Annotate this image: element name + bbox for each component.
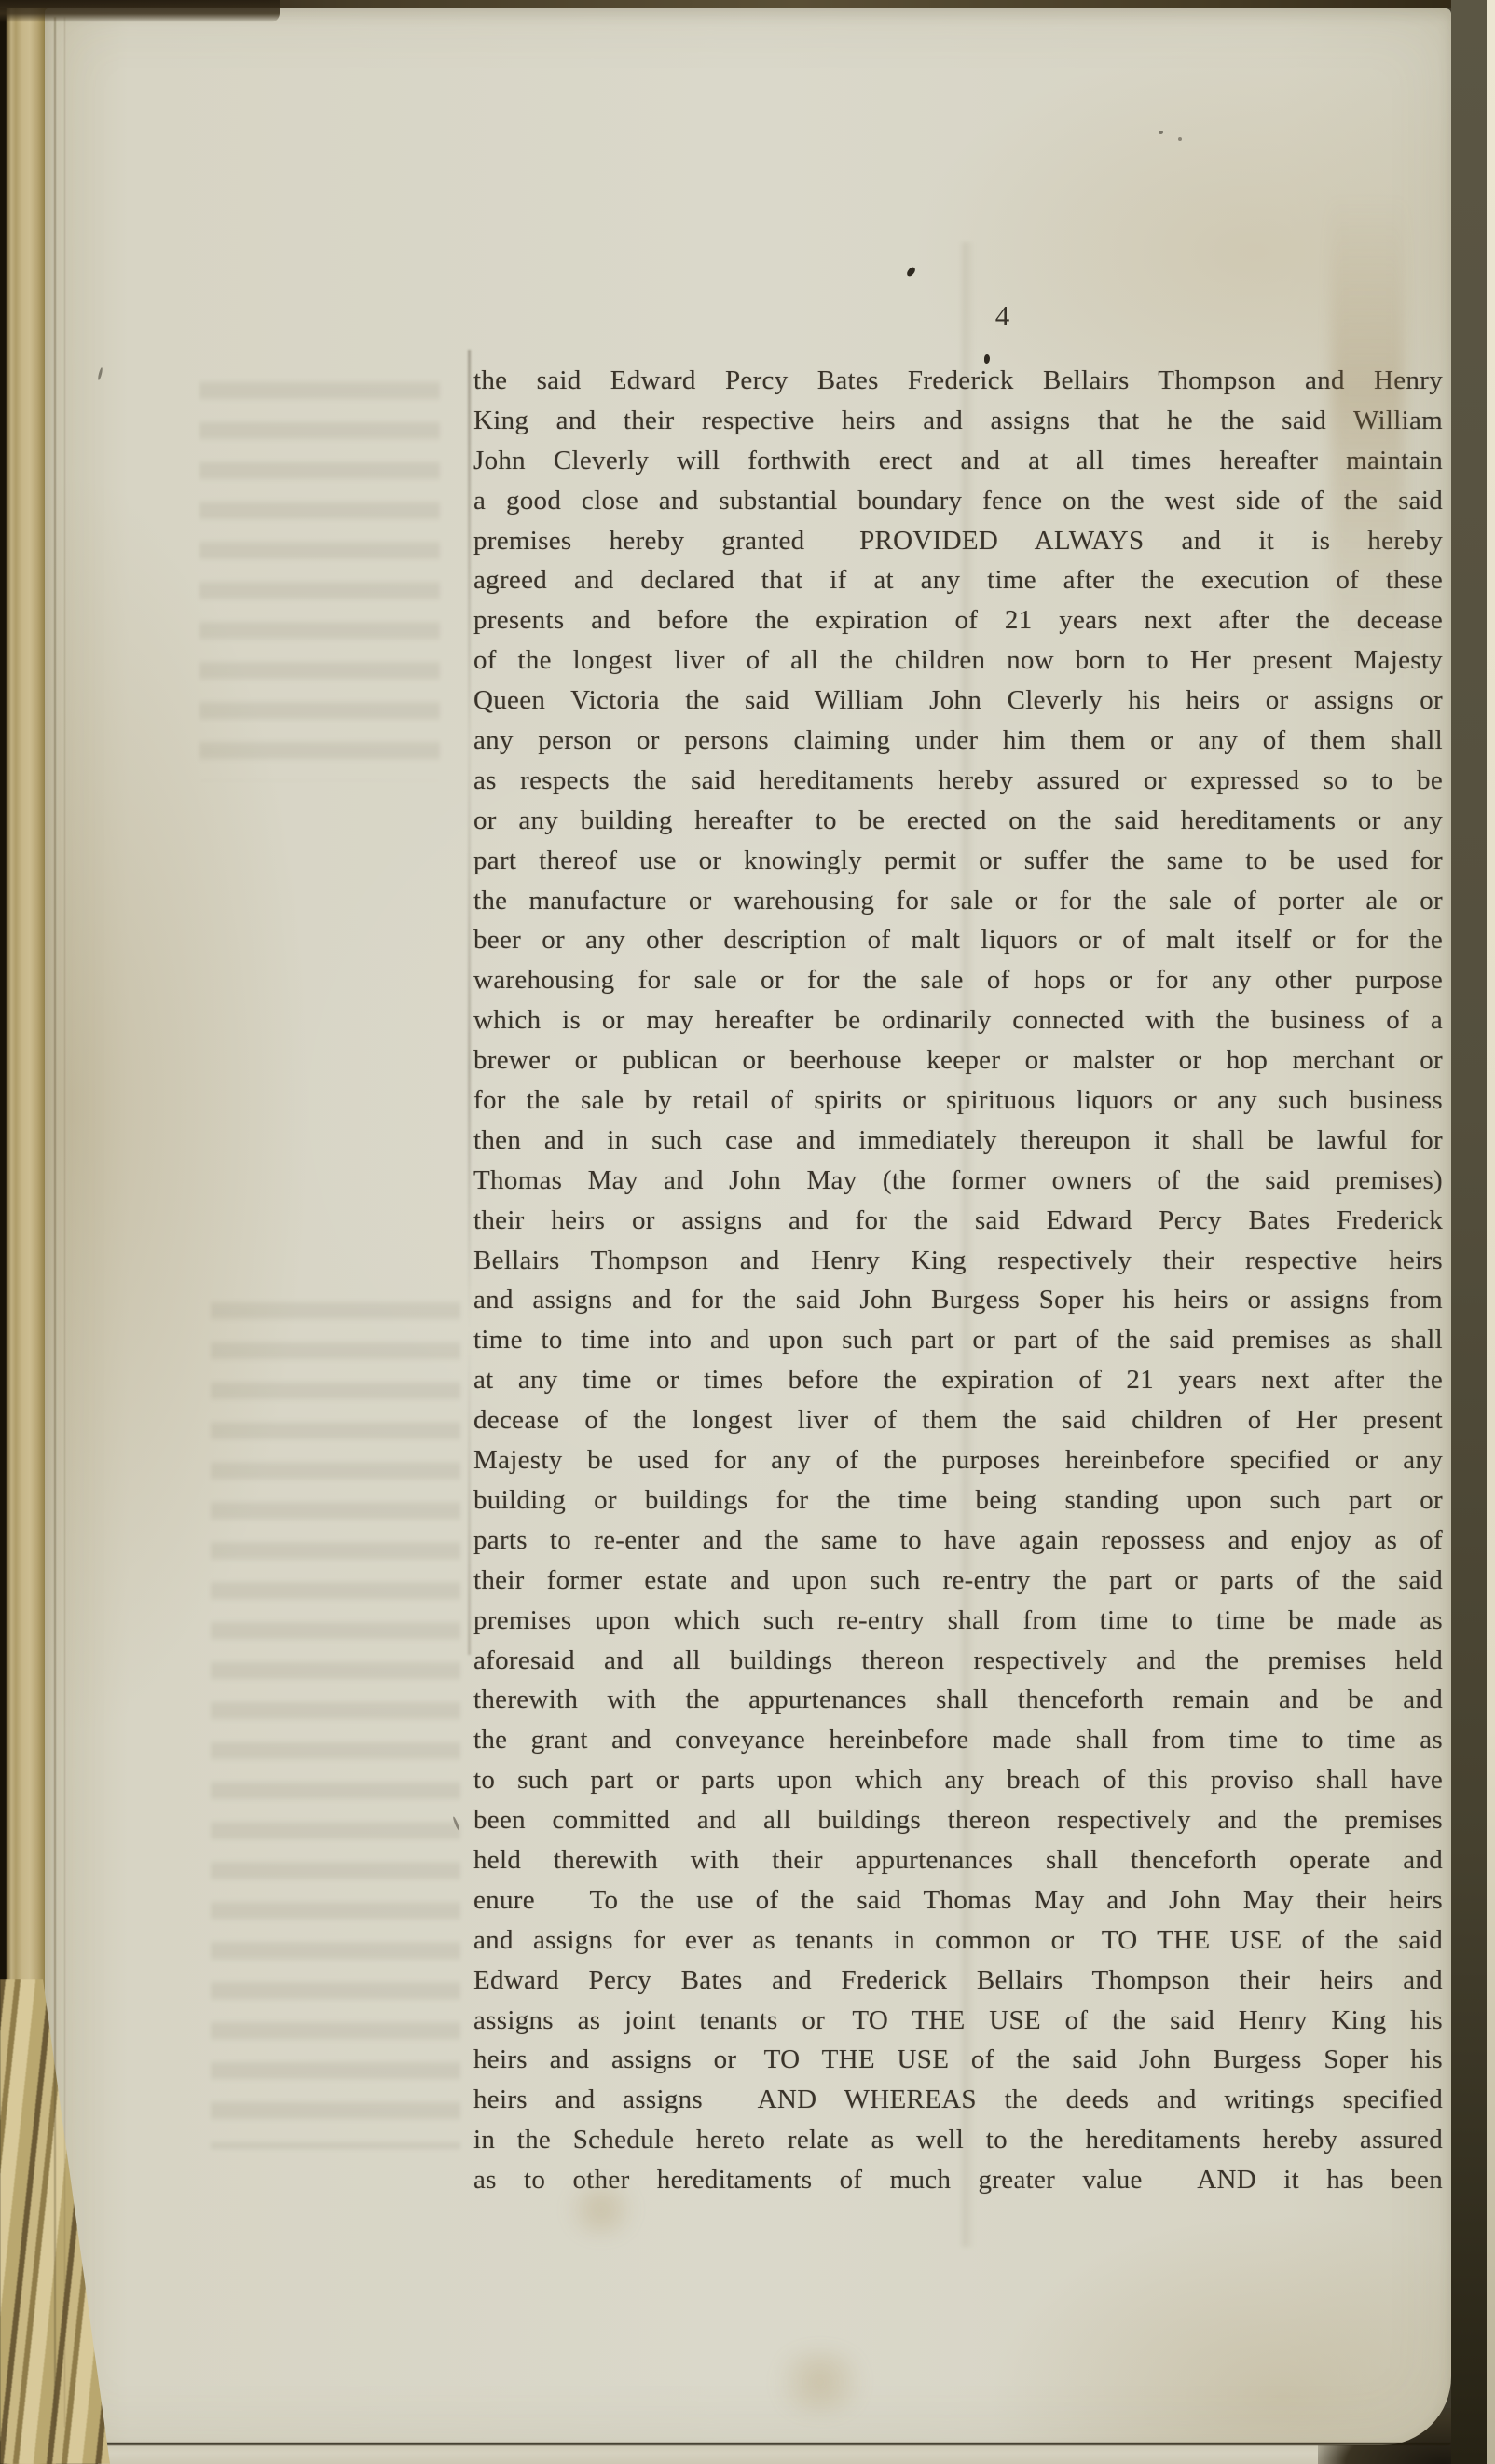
text-line: Edward Percy Bates and Frederick Bellair… (473, 1961, 1443, 2001)
text-line: their former estate and upon such re-ent… (473, 1561, 1443, 1601)
text-line: Thomas May and John May (the former owne… (473, 1161, 1443, 1201)
text-line: and assigns and for the said John Burges… (473, 1280, 1443, 1320)
text-line: King and their respective heirs and assi… (473, 401, 1443, 441)
text-line: parts to re-enter and the same to have a… (473, 1521, 1443, 1561)
text-line: building or buildings for the time being… (473, 1480, 1443, 1521)
text-line: aforesaid and all buildings thereon resp… (473, 1641, 1443, 1681)
text-line: therewith with the appurtenances shall t… (473, 1680, 1443, 1720)
text-line: the manufacture or warehousing for sale … (473, 881, 1443, 921)
ink-speck (1159, 131, 1163, 134)
paper-stain (764, 2349, 876, 2415)
text-line: presents and before the expiration of 21… (473, 600, 1443, 640)
text-line: then and in such case and immediately th… (473, 1121, 1443, 1161)
text-line: to such part or parts upon which any bre… (473, 1760, 1443, 1800)
scanned-book-page: 4 the said Edward Percy Bates Frederick … (0, 0, 1495, 2464)
fold-crease-left (468, 350, 471, 1655)
scan-edge-top-left (0, 0, 280, 22)
text-line: decease of the longest liver of them the… (473, 1400, 1443, 1440)
text-line: heirs and assigns or TO THE USE of the s… (473, 2040, 1443, 2080)
text-line: assigns as joint tenants or TO THE USE o… (473, 2001, 1443, 2041)
text-line: John Cleverly will forthwith erect and a… (473, 441, 1443, 481)
text-line: part thereof use or knowingly permit or … (473, 841, 1443, 881)
text-line: their heirs or assigns and for the said … (473, 1201, 1443, 1241)
text-line: which is or may hereafter be ordinarily … (473, 1000, 1443, 1040)
text-line: Queen Victoria the said William John Cle… (473, 681, 1443, 721)
text-line: of the longest liver of all the children… (473, 640, 1443, 681)
text-line: for the sale by retail of spirits or spi… (473, 1081, 1443, 1121)
text-line: premises hereby granted PROVIDED ALWAYS … (473, 521, 1443, 561)
text-line: Majesty be used for any of the purposes … (473, 1440, 1443, 1480)
text-line: the grant and conveyance hereinbefore ma… (473, 1720, 1443, 1760)
text-line: or any building hereafter to be erected … (473, 801, 1443, 841)
text-line: been committed and all buildings thereon… (473, 1800, 1443, 1840)
text-line: at any time or times before the expirati… (473, 1360, 1443, 1400)
show-through-text-top (199, 371, 440, 781)
paper-stain (559, 2182, 643, 2237)
scan-gap-right (1451, 0, 1495, 2464)
text-line: the said Edward Percy Bates Frederick Be… (473, 361, 1443, 401)
spine-crease (54, 17, 65, 2427)
paper-stain-streak (1331, 196, 1404, 681)
text-line: in the Schedule hereto relate as well to… (473, 2120, 1443, 2160)
show-through-text-bottom (211, 1291, 460, 2149)
deed-text: the said Edward Percy Bates Frederick Be… (473, 361, 1443, 2200)
text-line: any person or persons claiming under him… (473, 721, 1443, 761)
fold-crease-middle (960, 242, 975, 2247)
text-line: held therewith with their appurtenances … (473, 1840, 1443, 1880)
text-line: Bellairs Thompson and Henry King respect… (473, 1241, 1443, 1281)
next-page-sliver (1487, 0, 1495, 2464)
text-line: and assigns for ever as tenants in commo… (473, 1920, 1443, 1961)
text-line: beer or any other description of malt li… (473, 920, 1443, 960)
text-line: enure To the use of the said Thomas May … (473, 1880, 1443, 1920)
text-line: brewer or publican or beerhouse keeper o… (473, 1040, 1443, 1081)
text-line: heirs and assigns AND WHEREAS the deeds … (473, 2080, 1443, 2120)
text-line: a good close and substantial boundary fe… (473, 481, 1443, 521)
text-line: time to time into and upon such part or … (473, 1320, 1443, 1360)
text-line: warehousing for sale or for the sale of … (473, 960, 1443, 1000)
text-line: as respects the said hereditaments hereb… (473, 761, 1443, 801)
ink-speck (1178, 137, 1182, 141)
text-line: agreed and declared that if at any time … (473, 560, 1443, 600)
text-line: premises upon which such re-entry shall … (473, 1601, 1443, 1641)
